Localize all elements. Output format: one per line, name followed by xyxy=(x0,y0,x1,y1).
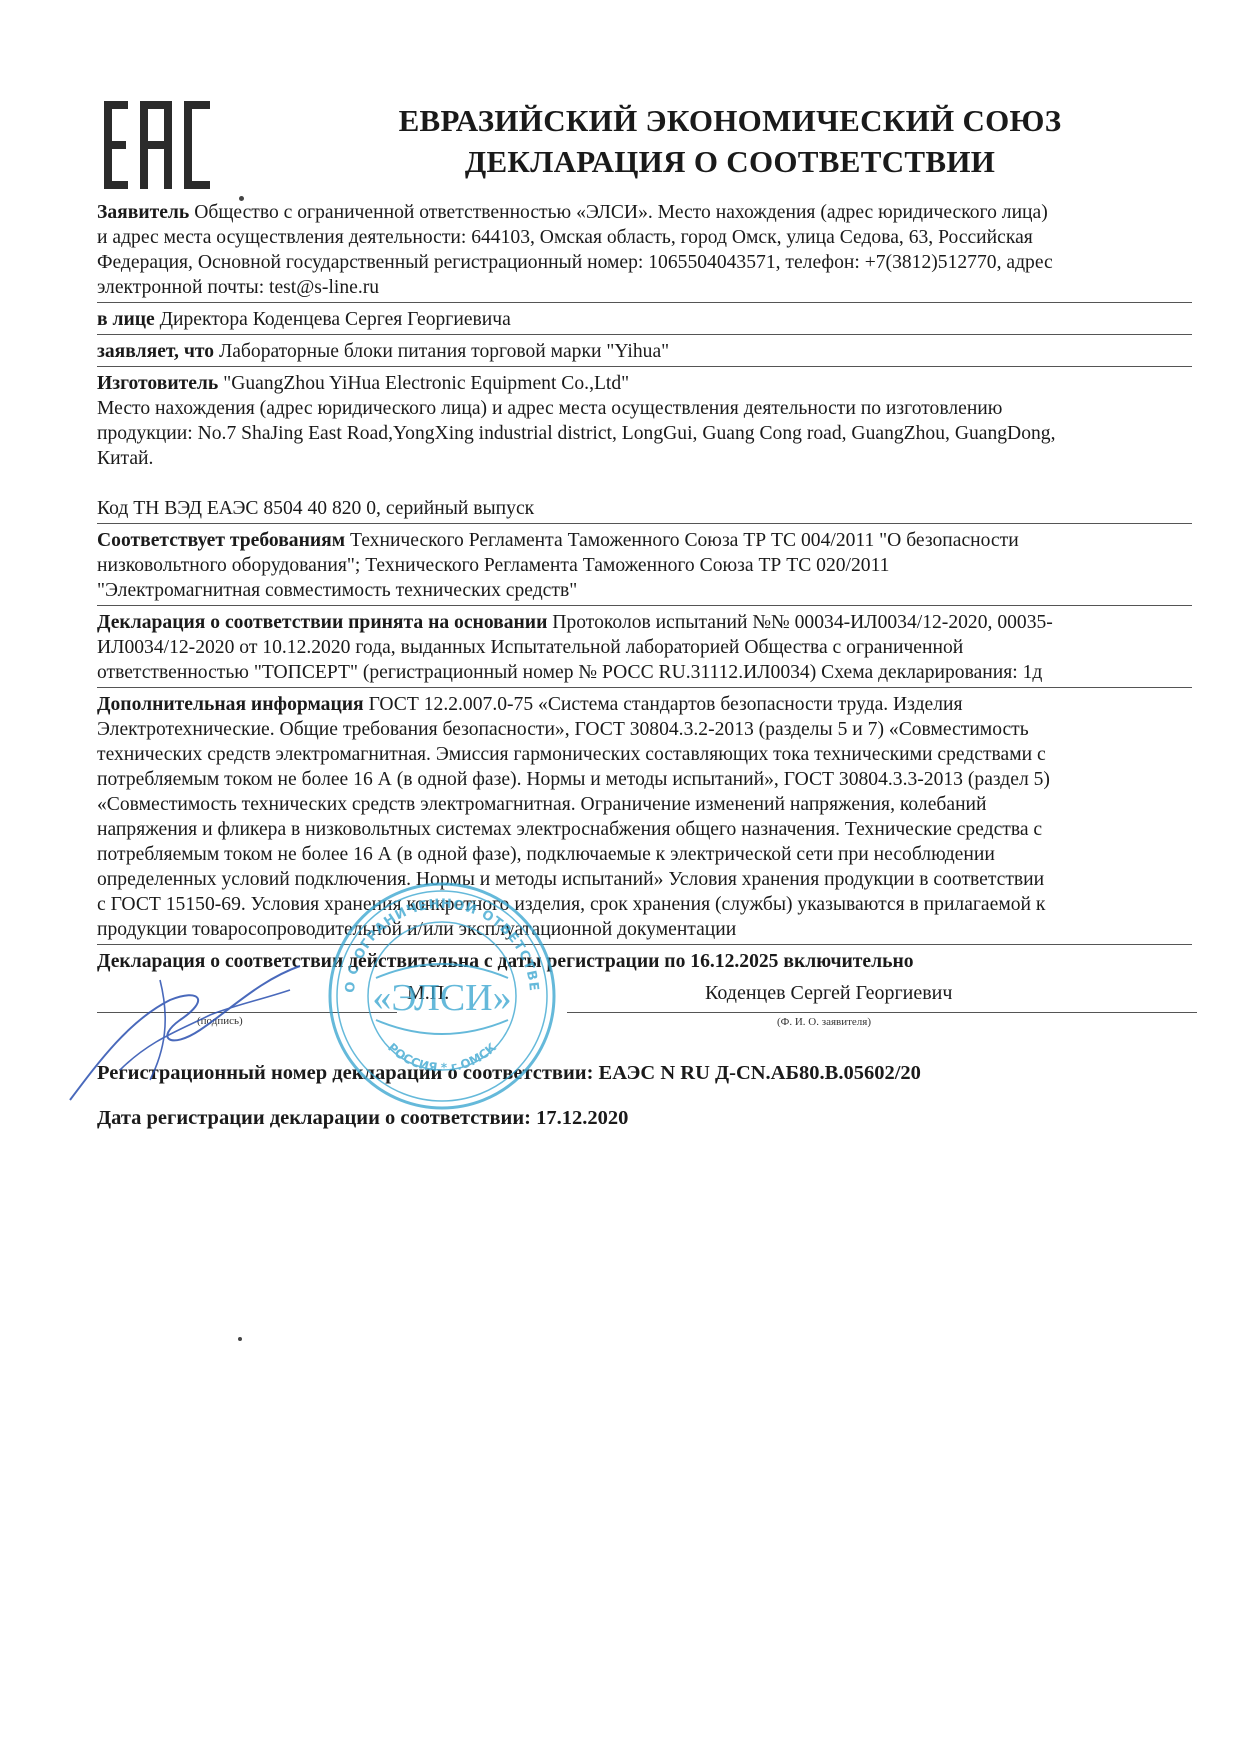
basis-line: ответственностью "ТОПСЕРТ" (регистрацион… xyxy=(97,660,1192,685)
additional-info-line: потребляемым током не более 16 А (в одно… xyxy=(97,767,1192,792)
registration-number: Регистрационный номер декларации о соотв… xyxy=(97,1062,921,1085)
conformity-section: Соответствует требованиям Технического Р… xyxy=(97,528,1192,606)
additional-info-line: потребляемым током не более 16 А (в одно… xyxy=(97,842,1192,867)
additional-info-line: Электротехнические. Общие требования без… xyxy=(97,717,1192,742)
represented-by-text: Директора Коденцева Сергея Георгиевича xyxy=(155,309,511,330)
declaration-page: ЕВРАЗИЙСКИЙ ЭКОНОМИЧЕСКИЙ СОЮЗ ДЕКЛАРАЦИ… xyxy=(0,0,1241,1754)
applicant-section: Заявитель Общество с ограниченной ответс… xyxy=(97,200,1192,303)
signer-name: Коденцев Сергей Георгиевич xyxy=(705,982,952,1005)
document-title: ЕВРАЗИЙСКИЙ ЭКОНОМИЧЕСКИЙ СОЮЗ ДЕКЛАРАЦИ… xyxy=(330,100,1130,182)
manufacturer-line: Место нахождения (адрес юридического лиц… xyxy=(97,396,1192,421)
signature-line xyxy=(97,1012,397,1013)
applicant-line: и адрес места осуществления деятельности… xyxy=(97,225,1192,250)
manufacturer-line: продукции: No.7 ShaJing East Road,YongXi… xyxy=(97,421,1192,446)
signer-name-line xyxy=(567,1012,1197,1013)
registration-date: Дата регистрации декларации о соответств… xyxy=(97,1107,628,1130)
additional-info-label: Дополнительная информация xyxy=(97,694,364,715)
title-union: ЕВРАЗИЙСКИЙ ЭКОНОМИЧЕСКИЙ СОЮЗ xyxy=(330,100,1130,141)
declares-text: Лабораторные блоки питания торговой марк… xyxy=(214,341,669,362)
additional-info-section: Дополнительная информация ГОСТ 12.2.007.… xyxy=(97,692,1192,945)
additional-info-line: определенных условий подключения. Нормы … xyxy=(97,867,1192,892)
basis-line: ИЛ0034/12-2020 от 10.12.2020 года, выдан… xyxy=(97,635,1192,660)
manufacturer-name: "GuangZhou YiHua Electronic Equipment Co… xyxy=(218,373,629,394)
product-code: Код ТН ВЭД ЕАЭС 8504 40 820 0, серийный … xyxy=(97,498,534,519)
scan-speck xyxy=(238,1337,242,1341)
basis-line: Протоколов испытаний №№ 00034-ИЛ0034/12-… xyxy=(547,612,1052,633)
additional-info-line: продукции товаросопроводительной и/или э… xyxy=(97,917,1192,942)
manufacturer-line: Китай. xyxy=(97,446,1192,471)
manufacturer-label: Изготовитель xyxy=(97,373,218,394)
product-code-section: Код ТН ВЭД ЕАЭС 8504 40 820 0, серийный … xyxy=(97,496,1192,524)
signature-caption: (подпись) xyxy=(197,1015,243,1027)
signature-block: (подпись) М.П. Коденцев Сергей Георгиеви… xyxy=(97,960,1197,1120)
represented-by-label: в лице xyxy=(97,309,155,330)
basis-label: Декларация о соответствии принята на осн… xyxy=(97,612,547,633)
conformity-line: низковольтного оборудования"; Техническо… xyxy=(97,553,1192,578)
declaration-body: Заявитель Общество с ограниченной ответс… xyxy=(97,200,1192,975)
conformity-label: Соответствует требованиям xyxy=(97,530,345,551)
additional-info-line: напряжения и фликера в низковольтных сис… xyxy=(97,817,1192,842)
represented-by-section: в лице Директора Коденцева Сергея Георги… xyxy=(97,307,1192,335)
additional-info-line: технических средств электромагнитная. Эм… xyxy=(97,742,1192,767)
conformity-line: "Электромагнитная совместимость техничес… xyxy=(97,578,1192,603)
eac-mark-icon xyxy=(104,101,212,189)
manufacturer-section: Изготовитель "GuangZhou YiHua Electronic… xyxy=(97,371,1192,472)
declares-label: заявляет, что xyxy=(97,341,214,362)
additional-info-line: ГОСТ 12.2.007.0-75 «Система стандартов б… xyxy=(364,694,963,715)
signer-name-caption: (Ф. И. О. заявителя) xyxy=(777,1016,871,1028)
applicant-line: Общество с ограниченной ответственностью… xyxy=(189,202,1047,223)
title-declaration: ДЕКЛАРАЦИЯ О СООТВЕТСТВИИ xyxy=(330,141,1130,182)
declares-section: заявляет, что Лабораторные блоки питания… xyxy=(97,339,1192,367)
applicant-line: Федерация, Основной государственный реги… xyxy=(97,250,1192,275)
additional-info-line: с ГОСТ 15150-69. Условия хранения конкре… xyxy=(97,892,1192,917)
applicant-line: электронной почты: test@s-line.ru xyxy=(97,275,1192,300)
additional-info-line: «Совместимость технических средств элект… xyxy=(97,792,1192,817)
basis-section: Декларация о соответствии принята на осн… xyxy=(97,610,1192,688)
stamp-placeholder-label: М.П. xyxy=(407,982,449,1005)
applicant-label: Заявитель xyxy=(97,202,189,223)
conformity-line: Технического Регламента Таможенного Союз… xyxy=(345,530,1019,551)
